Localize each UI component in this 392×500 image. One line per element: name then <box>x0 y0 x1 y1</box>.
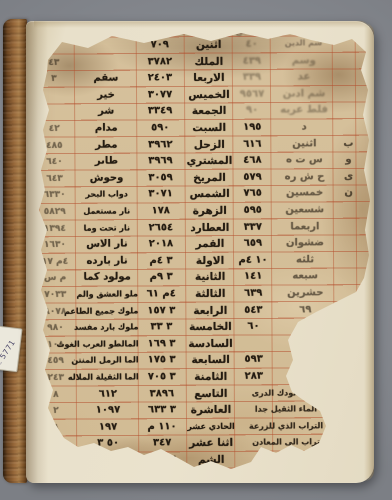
table-cell: ٤٠ <box>235 37 269 54</box>
table-cell: الثانية <box>186 269 234 286</box>
page-top-edge <box>34 21 368 28</box>
table-cell: ١٠٩٧ <box>77 403 139 420</box>
table-cell: الثامنة <box>187 369 235 386</box>
table-row: ٥٨٢٩نار مستعمل١٧٨الزهرة٥٩٥شسعين <box>36 202 372 221</box>
table-cell: وسم <box>271 53 337 70</box>
table-cell: الثالثة <box>186 286 234 303</box>
table-cell: ٣٣٧ <box>236 219 270 236</box>
table-cell: المشتري <box>185 153 233 170</box>
table-cell: ٩٥٦٧ <box>235 86 269 103</box>
table-cell: دواب البحر <box>76 187 138 204</box>
table-cell: ٢٠١٨ <box>138 236 184 253</box>
table-row: ٦٤٠طاىر٣٩٦٩المشتري٤٦٨س ت هو <box>35 152 371 171</box>
table-cell: الشمس <box>186 186 234 203</box>
table-cell: ٦٠ <box>236 319 270 336</box>
table-cell: نار بارده <box>76 253 138 270</box>
table-cell: ح ش ره <box>271 169 337 186</box>
table-cell: القمر <box>186 236 234 253</box>
shelfmark-number: 5771 <box>0 338 18 361</box>
table-cell: ب <box>337 136 359 153</box>
table-cell: ٢٨٣ <box>237 369 271 386</box>
table-cell: ٥٩٠ <box>137 120 183 137</box>
table-cell: ٧٦٥ <box>236 186 270 203</box>
table-cell: الرابعة <box>186 302 234 319</box>
table-cell: ملوك جميع الطاعم <box>76 303 138 320</box>
table-cell: ٥٤٣ <box>236 302 270 319</box>
table-row: خير٣٠٧٧الخميس٩٥٦٧شم ادىن <box>35 86 371 105</box>
table-row: ٤٢مدام٥٩٠السبت١٩٥د <box>35 119 371 138</box>
table-cell: ملوك بارد مفسد <box>76 320 138 337</box>
table-cell: ٦١٢ <box>77 386 139 403</box>
table-cell: طاىر <box>75 154 137 171</box>
table-cell: ن <box>338 185 360 202</box>
table-cell: ٦١٦ <box>235 136 269 153</box>
table-cell: نار تحت وما <box>76 220 138 237</box>
table-cell: ٥٩٥ <box>236 203 270 220</box>
table-cell: الما الرمل المنتن <box>77 353 139 370</box>
table-row: ٣سقم٢٤٠٣الاربعا٣٣٩عد <box>35 69 371 88</box>
table-row: ٤٨٥مطر٣٩٦٢الزحل٦١٦اثنينب <box>35 136 371 155</box>
table-cell: ٢٤٠٣ <box>137 70 183 87</box>
table-cell: الاربعا <box>185 70 233 87</box>
table-cell: ٣٩٦٩ <box>137 153 183 170</box>
table-cell: ١٩٧ <box>77 419 139 436</box>
table-cell: خمسين <box>272 186 338 203</box>
table-cell: ٣٨٩٦ <box>139 386 185 403</box>
table-cell: شر <box>75 104 137 121</box>
table-row: ٤م ١٧نار بارده٣ ٤مالاولة١٠ ٤مثلثه <box>36 252 372 271</box>
table-cell: السابعة <box>187 352 235 369</box>
table-cell: العطارد <box>186 219 234 236</box>
table-cell: شسعين <box>272 202 338 219</box>
table-cell: د <box>271 119 337 136</box>
table-cell: ٣٧٨٢ <box>137 54 183 71</box>
table-cell: و <box>337 152 359 169</box>
table-cell: وحوش <box>75 170 137 187</box>
table-cell: ٣٠٧٧ <box>137 87 183 104</box>
shelfmark-scribble: ے <box>0 359 4 366</box>
table-cell: مولود كما <box>76 270 138 287</box>
table-cell: ٣ ١٦٩ <box>139 336 185 353</box>
table-cell: سبعه <box>272 269 338 286</box>
manuscript-photo: 5771 ے تاسع وعشرين ٩٥٤ شم الدين ٧٠٩اثنين… <box>0 0 392 500</box>
table-cell: التاسع <box>187 385 235 402</box>
table-cell: الزهرة <box>186 203 234 220</box>
table-cell: ٣٣٤٩ <box>137 104 183 121</box>
table-cell: السبت <box>185 120 233 137</box>
table-row: م سمولود كما٣ ٩مالثانية١٤١سبعه <box>36 268 372 287</box>
table-cell: الزحل <box>185 136 233 153</box>
table-cell: ٣ ٩م <box>138 270 184 287</box>
table-cell: مدام <box>75 120 137 137</box>
table-cell: ٦٣٩ <box>236 286 270 303</box>
table-cell: ٣ ٣٣ <box>138 319 184 336</box>
table-cell: سقم <box>75 71 137 88</box>
table-cell: ١٤١ <box>236 269 270 286</box>
table-cell: فلط عربه <box>271 103 337 120</box>
table-cell: ضشوان <box>272 235 338 252</box>
table-cell: الخميس <box>185 87 233 104</box>
table-cell: ٥٩٣ <box>237 352 271 369</box>
table-row: ٦٤٣وحوش٣٠٥٩المريخ٥٧٩ح ش رهى <box>35 169 371 188</box>
table-cell: الجمعة <box>185 103 233 120</box>
table-cell: خير <box>75 87 137 104</box>
table-row: ٦٣٣٠دواب البحر٣٠٧١الشمس٧٦٥خمسينن <box>36 185 372 204</box>
table-cell: التراب الذي للزرعة <box>233 418 339 435</box>
table-cell: الخامسة <box>186 319 234 336</box>
table-cell: س ت ه <box>271 152 337 169</box>
table-row: ١٦٣٠نار الاس٢٠١٨القمر٦٥٩ضشوان <box>36 235 372 254</box>
table-cell: مطر <box>75 137 137 154</box>
table-cell: ١١٠ م <box>139 419 185 436</box>
table-cell: ثلثه <box>272 252 338 269</box>
table-cell: المريخ <box>185 170 233 187</box>
table-cell: ٣ ٧٠٥ <box>139 369 185 386</box>
table-cell: ٤م ٦١ <box>138 286 184 303</box>
table-cell: ٤٣٩ <box>235 53 269 70</box>
table-row: ٤٣٣٧٨٢الملك٤٣٩وسم <box>35 53 371 72</box>
book-spine <box>3 19 27 483</box>
table-cell: ١٠ ٤م <box>236 252 270 269</box>
table-cell: اثنا عشر <box>187 435 235 452</box>
table-row: ٨١٩٧١١٠ مالحادي عشرالتراب الذي للزرعة <box>37 418 373 437</box>
table-cell: ٢٦٥٤ <box>138 220 184 237</box>
table-cell: ٩٠ <box>235 103 269 120</box>
table-cell: ٣ ١٧٥ <box>139 353 185 370</box>
table-cell: الما الثقيلة الملاله <box>77 369 139 386</box>
table-row: ٧٠٣٣ملو العشق والم٤م ٦١الثالثة٦٣٩حشرين <box>36 285 372 304</box>
table-cell: ى <box>337 169 359 186</box>
table-cell: اثنين <box>271 136 337 153</box>
table-cell: حشرين <box>272 285 338 302</box>
table-cell: ٤٦٨ <box>235 153 269 170</box>
table-cell: عد <box>271 69 337 86</box>
table-cell: ٣٩٦٢ <box>137 137 183 154</box>
table-cell: العاشرة <box>187 402 235 419</box>
table-cell: المالطو العرب الغوث <box>77 336 139 353</box>
table-cell: ملو العشق والم <box>76 286 138 303</box>
table-cell: ١٩٥ <box>235 120 269 137</box>
table-cell: نار مستعمل <box>76 203 138 220</box>
table-cell: اربعما <box>272 219 338 236</box>
table-cell: شم ادىن <box>271 86 337 103</box>
table-cell: ٣٣٩ <box>235 70 269 87</box>
table-cell: ٣ ٤م <box>138 253 184 270</box>
table-cell: ٣ ١٥٧ <box>138 303 184 320</box>
table-row: شر٣٣٤٩الجمعة٩٠فلط عربه <box>35 102 371 121</box>
table-cell: ٥٧٩ <box>235 169 269 186</box>
table-cell: الملك <box>185 53 233 70</box>
table-cell: ٦٥٩ <box>236 236 270 253</box>
table-row: ١٣٩٤نار تحت وما٢٦٥٤العطارد٣٣٧اربعما <box>36 219 372 238</box>
table-cell: الاولة <box>186 253 234 270</box>
table-cell: السادسة <box>187 336 235 353</box>
table-cell: الحادي عشر <box>187 419 235 436</box>
table-cell: ٣٠٥٩ <box>137 170 183 187</box>
table-cell: ٣ ٦٣٣ <box>139 402 185 419</box>
table-cell: ٣٠٧١ <box>138 187 184 204</box>
table-cell: نار الاس <box>76 237 138 254</box>
table-cell: ١٧٨ <box>138 203 184 220</box>
